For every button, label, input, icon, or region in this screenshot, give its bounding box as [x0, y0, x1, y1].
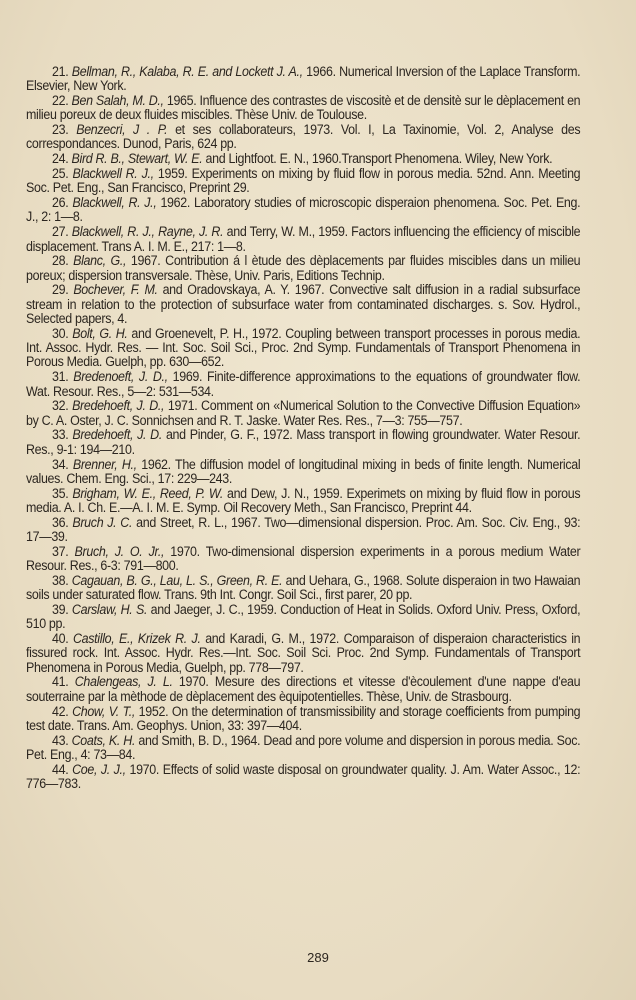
reference-authors: Blackwell R. J., [73, 166, 154, 181]
reference-authors: Bruch, J. O. Jr., [75, 544, 165, 559]
reference-entry: 35. Brigham, W. E., Reed, P. W. and Dew,… [26, 487, 580, 516]
reference-entry: 25. Blackwell R. J., 1959. Experiments o… [26, 167, 580, 196]
reference-number: 35. [52, 486, 68, 501]
reference-authors: Bochever, F. M. [73, 282, 157, 297]
reference-authors: Coats, K. H. [72, 733, 135, 748]
reference-number: 43. [52, 733, 68, 748]
reference-authors: Benzecri, J . P. [76, 122, 167, 137]
reference-entry: 37. Bruch, J. O. Jr., 1970. Two-dimensio… [26, 545, 580, 574]
reference-authors: Castillo, E., Krizek R. J. [73, 631, 201, 646]
reference-entry: 43. Coats, K. H. and Smith, B. D., 1964.… [26, 734, 580, 763]
reference-authors: Bird R. B., Stewart, W. E. [72, 151, 203, 166]
reference-list: 21. Bellman, R., Kalaba, R. E. and Locke… [26, 65, 580, 792]
reference-entry: 28. Blanc, G., 1967. Contribution á l èt… [26, 254, 580, 283]
reference-authors: Bredenoeft, J. D., [73, 369, 168, 384]
reference-entry: 33. Bredehoeft, J. D. and Pinder, G. F.,… [26, 428, 580, 457]
reference-number: 29. [52, 282, 68, 297]
reference-entry: 21. Bellman, R., Kalaba, R. E. and Locke… [26, 65, 580, 94]
reference-authors: Carslaw, H. S. [72, 602, 147, 617]
reference-authors: Ben Salah, M. D., [72, 93, 164, 108]
reference-number: 33. [52, 427, 68, 442]
reference-authors: Bruch J. C. [72, 515, 132, 530]
reference-number: 31. [52, 369, 68, 384]
reference-number: 34. [52, 457, 68, 472]
reference-entry: 32. Bredehoeft, J. D., 1971. Comment on … [26, 399, 580, 428]
reference-number: 41. [52, 674, 68, 689]
reference-authors: Coe, J. J., [72, 762, 126, 777]
reference-entry: 24. Bird R. B., Stewart, W. E. and Light… [26, 152, 580, 166]
reference-entry: 27. Blackwell, R. J., Rayne, J. R. and T… [26, 225, 580, 254]
reference-authors: Bellman, R., Kalaba, R. E. and Lockett J… [72, 64, 303, 79]
reference-entry: 29. Bochever, F. M. and Oradovskaya, A. … [26, 283, 580, 326]
reference-entry: 22. Ben Salah, M. D., 1965. Influence de… [26, 94, 580, 123]
reference-number: 27. [52, 224, 68, 239]
reference-number: 42. [52, 704, 68, 719]
reference-entry: 39. Carslaw, H. S. and Jaeger, J. C., 19… [26, 603, 580, 632]
reference-authors: Blanc, G., [73, 253, 126, 268]
reference-entry: 30. Bolt, G. H. and Groenevelt, P. H., 1… [26, 327, 580, 370]
reference-entry: 34. Brenner, H., 1962. The diffusion mod… [26, 458, 580, 487]
reference-entry: 38. Cagauan, B. G., Lau, L. S., Green, R… [26, 574, 580, 603]
reference-number: 36. [52, 515, 68, 530]
reference-entry: 31. Bredenoeft, J. D., 1969. Finite-diff… [26, 370, 580, 399]
reference-number: 22. [52, 93, 68, 108]
reference-entry: 36. Bruch J. C. and Street, R. L., 1967.… [26, 516, 580, 545]
reference-number: 39. [52, 602, 68, 617]
reference-number: 37. [52, 544, 68, 559]
reference-authors: Brigham, W. E., Reed, P. W. [72, 486, 223, 501]
reference-entry: 41. Chalengeas, J. L. 1970. Mesure des d… [26, 675, 580, 704]
reference-entry: 42. Chow, V. T., 1952. On the determinat… [26, 705, 580, 734]
reference-number: 21. [52, 64, 68, 79]
reference-authors: Bredehoeft, J. D. [72, 427, 162, 442]
reference-authors: Bolt, G. H. [72, 326, 127, 341]
reference-number: 44. [52, 762, 68, 777]
reference-number: 30. [52, 326, 68, 341]
reference-authors: Blackwell, R. J., Rayne, J. R. [72, 224, 223, 239]
page-number: 289 [0, 950, 636, 965]
reference-authors: Brenner, H., [73, 457, 137, 472]
reference-entry: 26. Blackwell, R. J., 1962. Laboratory s… [26, 196, 580, 225]
book-page: 21. Bellman, R., Kalaba, R. E. and Locke… [0, 0, 636, 1000]
reference-number: 28. [52, 253, 68, 268]
reference-entry: 40. Castillo, E., Krizek R. J. and Karad… [26, 632, 580, 675]
reference-authors: Chalengeas, J. L. [75, 674, 173, 689]
reference-text: and Lightfoot. E. N., 1960.Transport Phe… [202, 151, 552, 166]
reference-entry: 44. Coe, J. J., 1970. Effects of solid w… [26, 763, 580, 792]
reference-number: 26. [52, 195, 68, 210]
reference-authors: Bredehoeft, J. D., [72, 398, 164, 413]
reference-authors: Cagauan, B. G., Lau, L. S., Green, R. E. [72, 573, 283, 588]
reference-number: 23. [52, 122, 68, 137]
reference-number: 40. [52, 631, 68, 646]
reference-authors: Chow, V. T., [72, 704, 135, 719]
reference-authors: Blackwell, R. J., [72, 195, 156, 210]
reference-number: 38. [52, 573, 68, 588]
reference-number: 25. [52, 166, 68, 181]
reference-entry: 23. Benzecri, J . P. et ses collaborateu… [26, 123, 580, 152]
reference-number: 24. [52, 151, 68, 166]
reference-number: 32. [52, 398, 68, 413]
